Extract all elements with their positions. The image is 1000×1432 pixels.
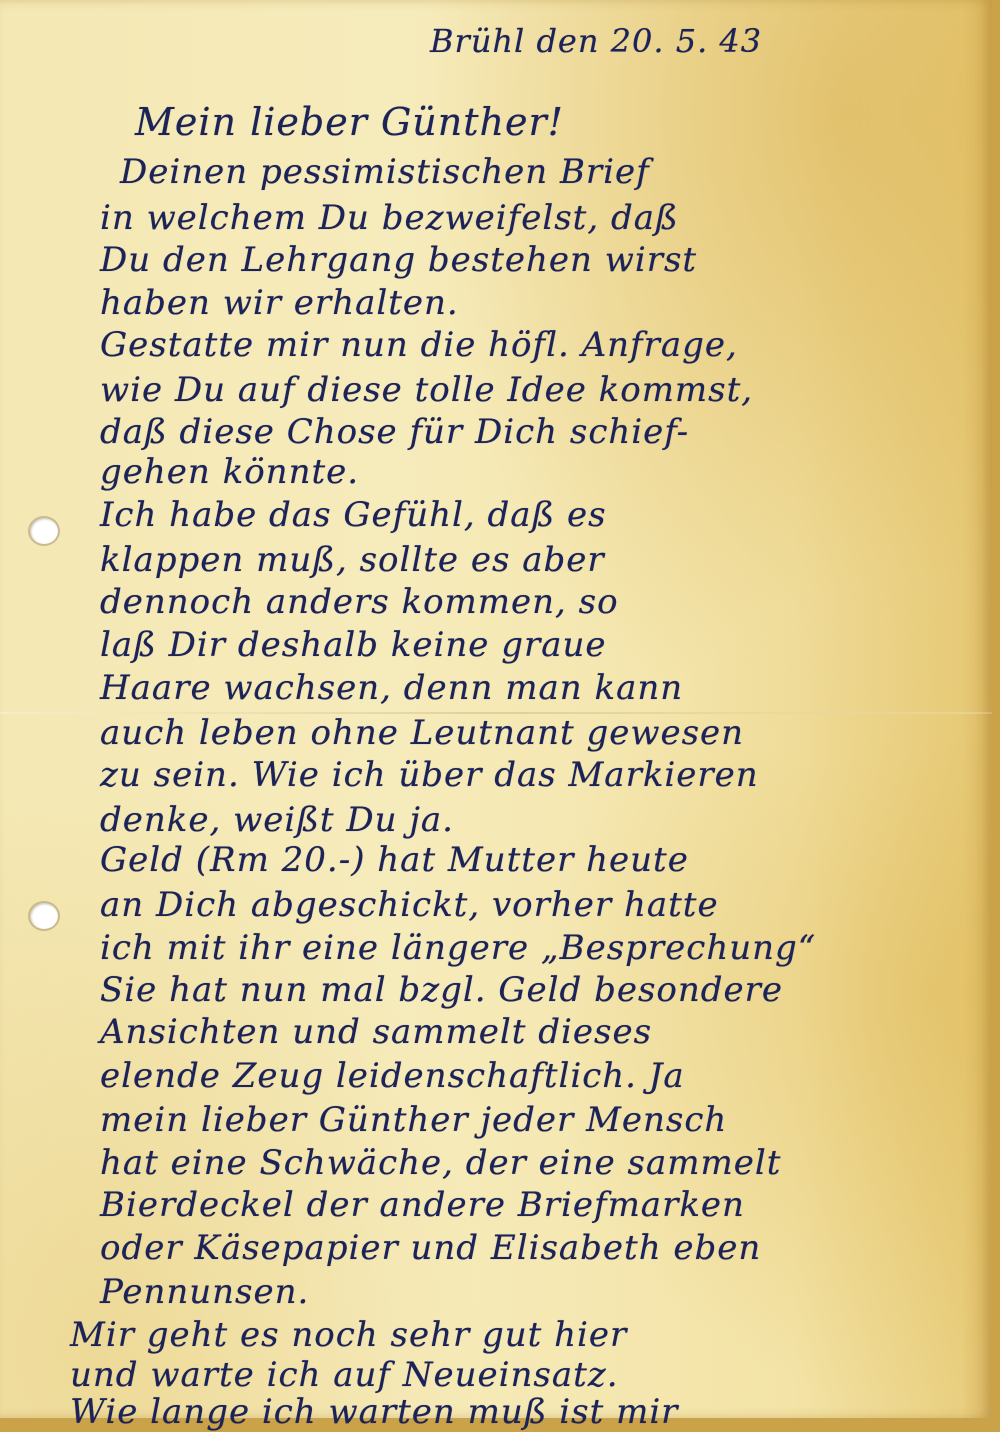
letter-line: Bierdeckel der andere Briefmarken xyxy=(100,1185,745,1225)
letter-line: Sie hat nun mal bzgl. Geld besondere xyxy=(100,970,783,1010)
letter-line: mein lieber Günther jeder Mensch xyxy=(100,1100,727,1140)
letter-line: laß Dir deshalb keine graue xyxy=(100,625,607,665)
letter-line: elende Zeug leidenschaftlich. Ja xyxy=(100,1056,685,1096)
letter-line: gehen könnte. xyxy=(100,452,359,492)
letter-line: oder Käsepapier und Elisabeth eben xyxy=(100,1228,761,1268)
letter-line: hat eine Schwäche, der eine sammelt xyxy=(100,1143,781,1183)
letter-line: in welchem Du bezweifelst, daß xyxy=(100,198,679,238)
letter-line: an Dich abgeschickt, vorher hatte xyxy=(100,885,719,925)
letter-paper: Brühl den 20. 5. 43 Mein lieber Günther!… xyxy=(0,0,992,1418)
punch-hole-top xyxy=(30,518,58,544)
letter-line: haben wir erhalten. xyxy=(100,283,459,323)
letter-line: klappen muß, sollte es aber xyxy=(100,540,605,580)
letter-line: Mir geht es noch sehr gut hier xyxy=(70,1315,627,1355)
letter-line: daß diese Chose für Dich schief- xyxy=(100,412,689,452)
letter-line: und warte ich auf Neueinsatz. xyxy=(70,1355,619,1395)
salutation: Mein lieber Günther! xyxy=(135,100,564,144)
letter-line: Gestatte mir nun die höfl. Anfrage, xyxy=(100,325,738,365)
letter-line: Ich habe das Gefühl, daß es xyxy=(100,495,607,535)
letter-line: ich mit ihr eine längere „Besprechung“ xyxy=(100,928,816,968)
letter-line: auch leben ohne Leutnant gewesen xyxy=(100,713,744,753)
letter-line: zu sein. Wie ich über das Markieren xyxy=(100,755,759,795)
letter-line: Ansichten und sammelt dieses xyxy=(100,1012,652,1052)
letter-line: Geld (Rm 20.-) hat Mutter heute xyxy=(100,840,689,880)
letter-line: denke, weißt Du ja. xyxy=(100,800,454,840)
place-date: Brühl den 20. 5. 43 xyxy=(430,22,762,60)
letter-line: Haare wachsen, denn man kann xyxy=(100,668,683,708)
letter-line: Deinen pessimistischen Brief xyxy=(120,152,650,192)
punch-hole-bottom xyxy=(30,903,58,929)
letter-line: Pennunsen. xyxy=(100,1272,309,1312)
letter-line: dennoch anders kommen, so xyxy=(100,582,619,622)
letter-line: Du den Lehrgang bestehen wirst xyxy=(100,240,697,280)
letter-line: wie Du auf diese tolle Idee kommst, xyxy=(100,370,753,410)
letter-line: Wie lange ich warten muß ist mir xyxy=(70,1392,678,1418)
